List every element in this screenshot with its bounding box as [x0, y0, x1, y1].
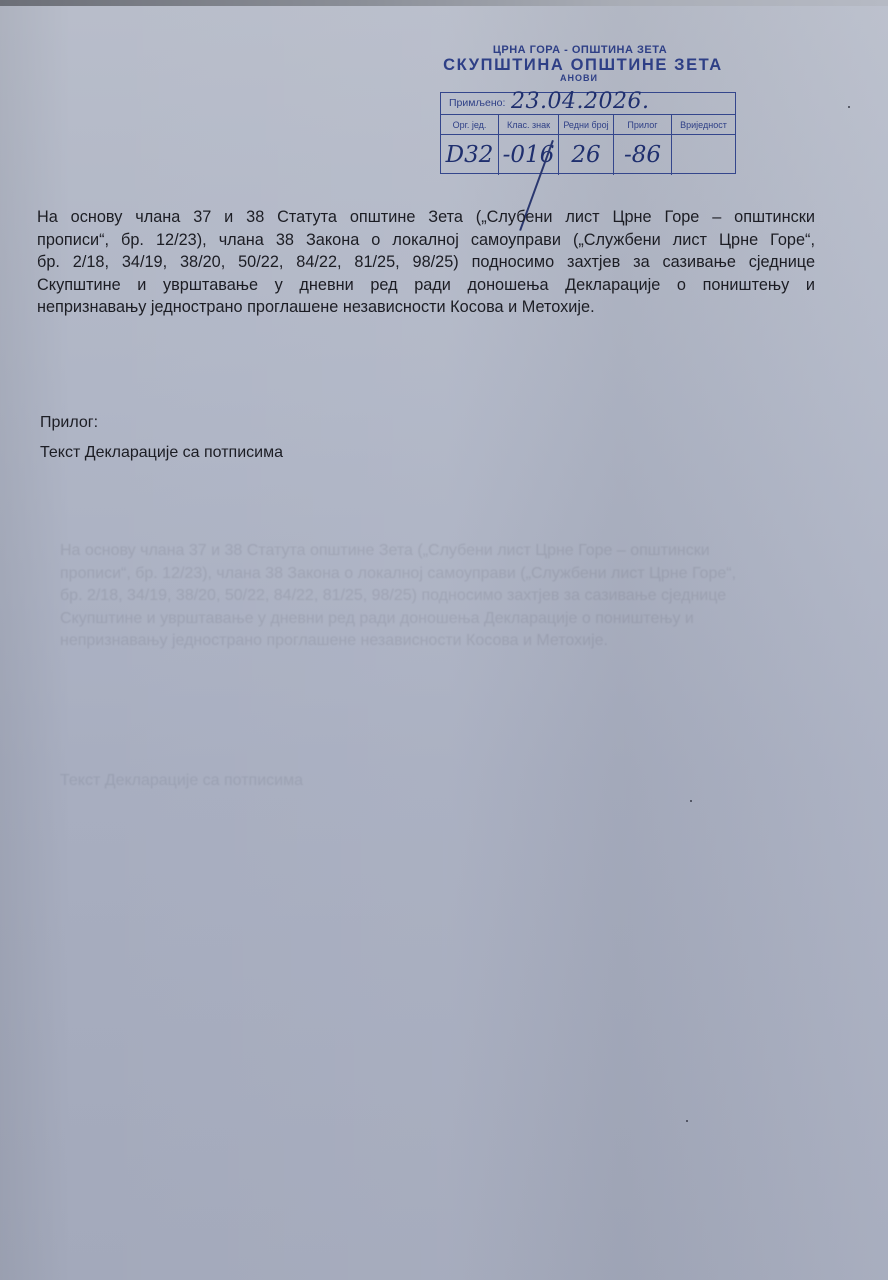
paragraph-line: прописи“, бр. 12/23), члана 38 Закона о … [37, 229, 815, 252]
paragraph-line: Скупштине и уврштавање у дневни ред ради… [37, 274, 815, 297]
value-value [672, 135, 735, 175]
bleed-through-attachment: Текст Декларације са потписима [60, 772, 303, 790]
paragraph-line: непризнавању једнострано проглашене неза… [37, 296, 815, 319]
received-label: Примљено: [449, 97, 505, 109]
request-paragraph: На основу члана 37 и 38 Статута општине … [37, 206, 815, 319]
header-attachment: Прилог [614, 115, 672, 134]
header-org-unit: Орг. јед. [441, 115, 499, 134]
header-value: Вриједност [672, 115, 735, 134]
attachment-label: Прилог: [40, 414, 98, 432]
stamp-headers: Орг. јед. Клас. знак Редни број Прилог В… [441, 115, 735, 135]
bleed-through-text: На основу члана 37 и 38 Статута општине … [60, 540, 820, 653]
paper-speck [686, 1120, 688, 1122]
value-attachment: -86 [614, 135, 672, 175]
header-serial-number: Редни број [559, 115, 614, 134]
attachment-text: Текст Декларације са потписима [40, 444, 283, 462]
registry-stamp: ЦРНА ГОРА - ОПШТИНА ЗЕТА СКУПШТИНА ОПШТИ… [440, 44, 740, 83]
stamp-table: Примљено: 23.04.2026. Орг. јед. Клас. зн… [440, 92, 736, 174]
paragraph-line: На основу члана 37 и 38 Статута општине … [37, 206, 815, 229]
stamp-received-row: Примљено: 23.04.2026. [441, 93, 735, 115]
value-org-unit: D32 [441, 135, 499, 175]
received-date: 23.04.2026. [511, 89, 649, 114]
paragraph-line: бр. 2/18, 34/19, 38/20, 50/22, 84/22, 81… [37, 251, 815, 274]
value-class-mark: -016 [499, 135, 559, 175]
stamp-values: D32 -016 26 -86 [441, 135, 735, 175]
stamp-country-line: ЦРНА ГОРА - ОПШТИНА ЗЕТА [420, 44, 740, 56]
value-serial-number: 26 [559, 135, 614, 175]
paper-speck [848, 106, 850, 108]
header-class-mark: Клас. знак [499, 115, 559, 134]
paper-speck [690, 800, 692, 802]
